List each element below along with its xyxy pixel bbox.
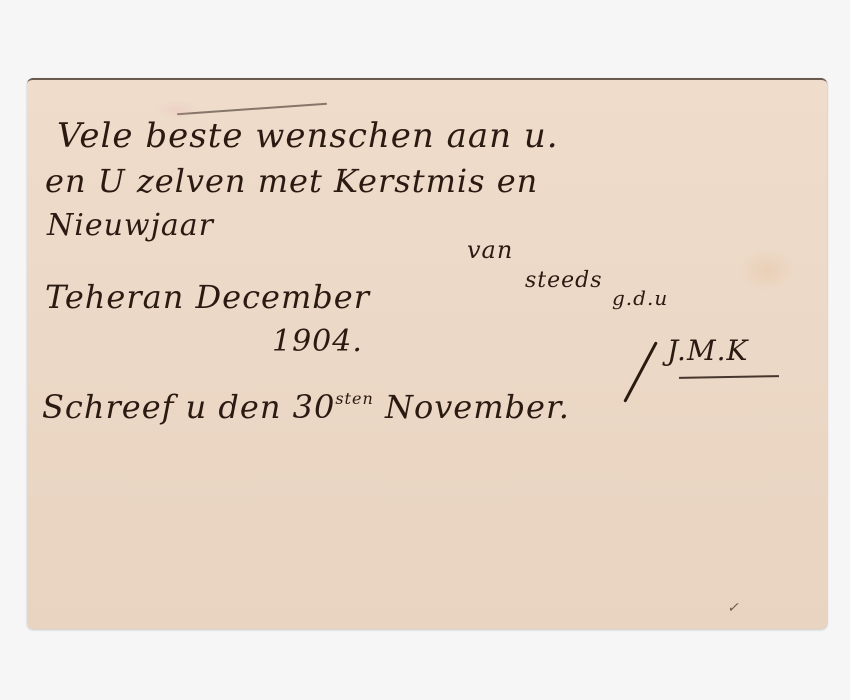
closing-month: November. [385,388,570,426]
year: 1904. [272,324,363,359]
greeting-line-1: Vele beste wenschen aan u. [57,116,559,156]
greeting-line-3: Nieuwjaar [47,208,214,243]
place-date: Teheran December [45,278,370,316]
greeting-line-2: en U zelven met Kerstmis en [45,162,538,200]
signature-underline [679,375,779,379]
postcard: Vele beste wenschen aan u. en U zelven m… [27,78,827,629]
closing-superscript: sten [335,389,373,408]
pencil-check-mark: ✓ [727,600,739,616]
from-word: van [467,236,513,264]
sign-off-abbrev: g.d.u [612,286,668,310]
signature-flourish [623,341,658,402]
closing-line: Schreef u den 30sten November. [42,388,570,426]
pen-stroke [177,103,327,115]
signature-initials: J.M.K [667,334,748,367]
closing-text: Schreef u den 30 [42,388,335,426]
photo-background: Vele beste wenschen aan u. en U zelven m… [0,0,850,700]
sign-off-steeds: steeds [525,268,603,293]
